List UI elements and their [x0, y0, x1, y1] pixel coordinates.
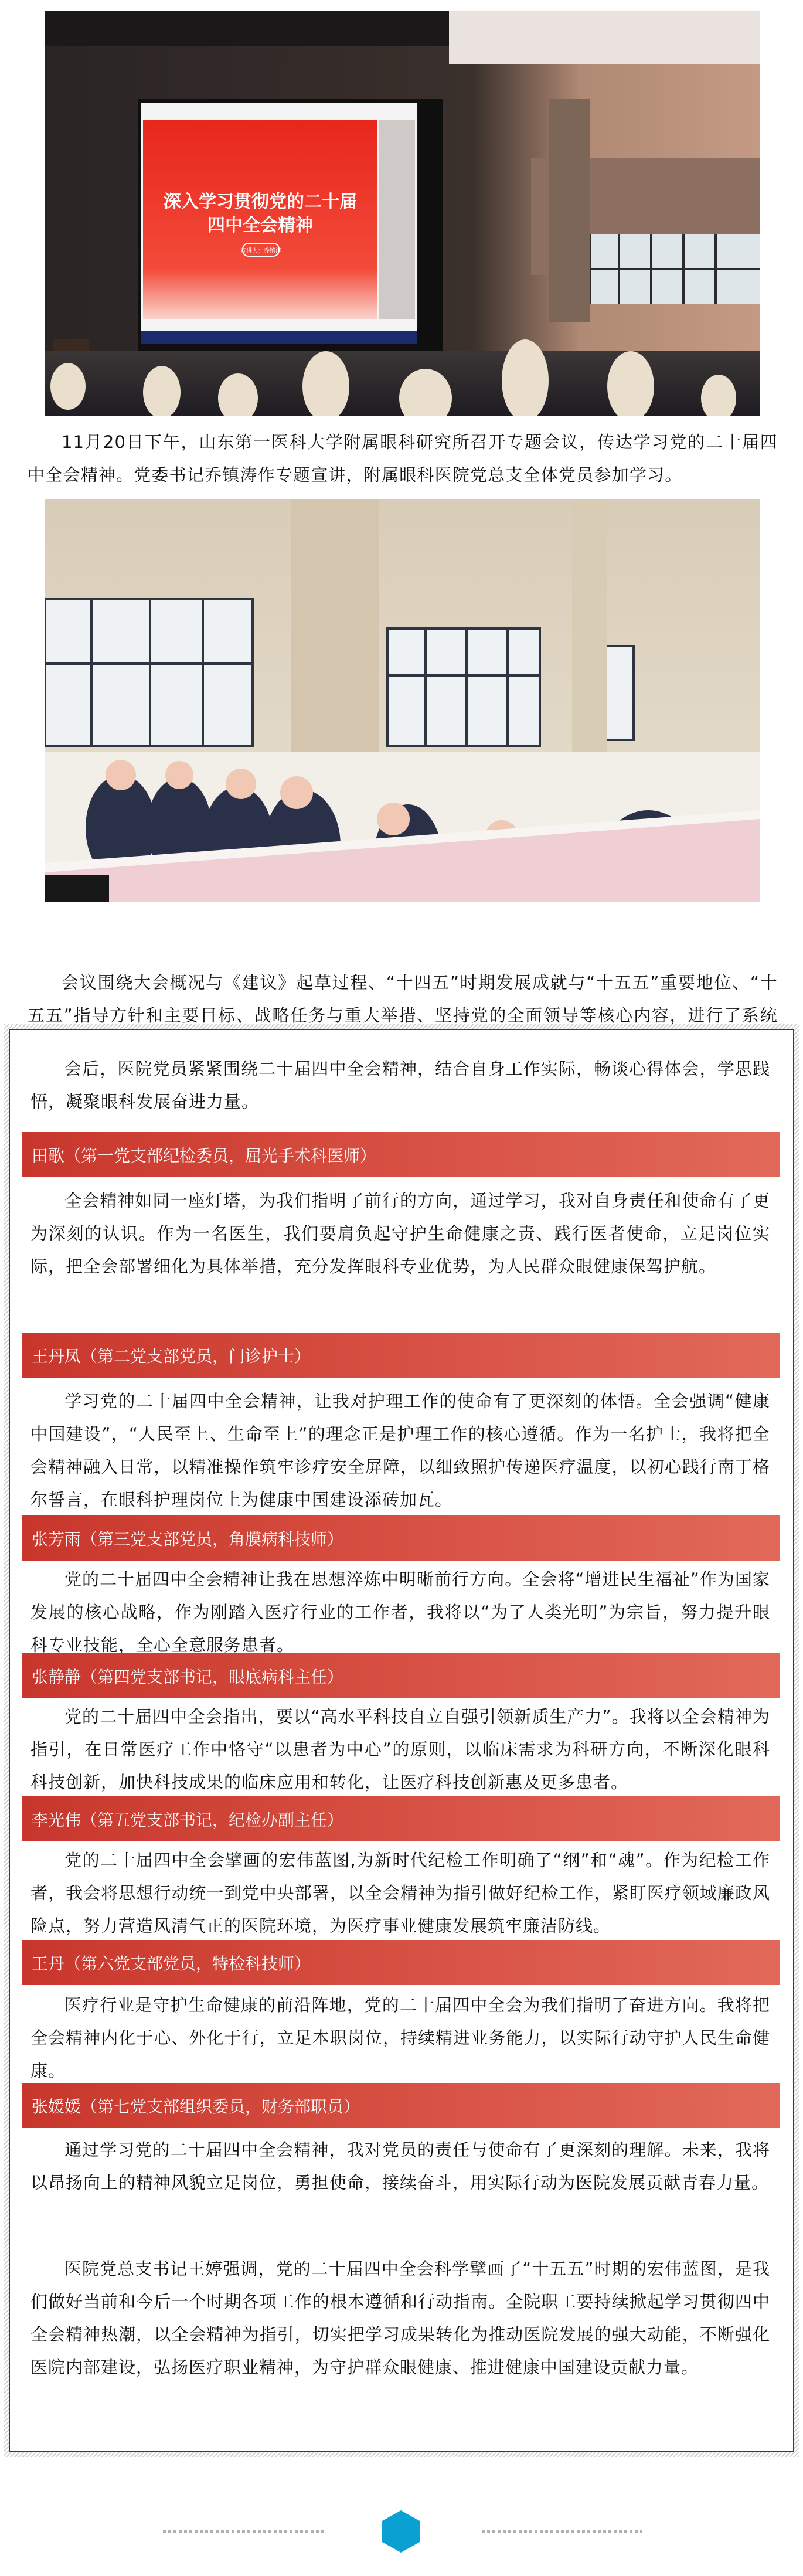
speaker-header-label: 张芳雨（第三党支部党员，角膜病科技师） — [32, 1527, 343, 1550]
speaker-text-6: 医疗行业是守护生命健康的前沿阵地，党的二十届四中全会为我们指明了奋进方向。我将把… — [30, 1989, 770, 2087]
intro-paragraph-meeting: 11月20日下午，山东第一医科大学附属眼科研究所召开专题会议，传达学习党的二十届… — [28, 426, 778, 491]
speaker-header-4: 张静静（第四党支部书记，眼底病科主任） — [22, 1653, 780, 1698]
speaker-header-7: 张媛媛（第七党支部组织委员，财务部职员） — [22, 2083, 780, 2128]
speaker-header-label: 张媛媛（第七党支部组织委员，财务部职员） — [32, 2094, 360, 2118]
hexagon-icon — [382, 2510, 420, 2553]
speaker-header-label: 张静静（第四党支部书记，眼底病科主任） — [32, 1664, 343, 1688]
svg-text:深入学习贯彻党的二十届: 深入学习贯彻党的二十届 — [164, 192, 357, 212]
speaker-text-2: 学习党的二十届四中全会精神，让我对护理工作的使命有了更深刻的体悟。全会强调“健康… — [30, 1385, 770, 1516]
meeting-hall-image: 深入学习贯彻党的二十届 四中全会精神 宣讲人：乔镇涛 — [45, 11, 760, 416]
speaker-header-5: 李光伟（第五党支部书记，纪检办副主任） — [22, 1796, 780, 1841]
speaker-header-2: 王丹凤（第二党支部党员，门诊护士） — [22, 1333, 780, 1378]
attendees-image — [45, 499, 760, 902]
speaker-text-5: 党的二十届四中全会擘画的宏伟蓝图,为新时代纪检工作明确了“纲”和“魂”。作为纪检… — [30, 1844, 770, 1942]
speaker-text-3: 党的二十届四中全会精神让我在思想淬炼中明晰前行方向。全会将“增进民生福祉”作为国… — [30, 1563, 770, 1661]
attendees-photo — [45, 499, 760, 902]
svg-text:四中全会精神: 四中全会精神 — [207, 215, 313, 236]
speaker-header-label: 田歌（第一党支部纪检委员，屈光手术科医师） — [32, 1143, 376, 1167]
speaker-text-4: 党的二十届四中全会指出，要以“高水平科技自立自强引领新质生产力”。我将以全会精神… — [30, 1700, 770, 1799]
speaker-header-label: 王丹（第六党支部党员，特检科技师） — [32, 1951, 311, 1975]
footer-divider — [0, 2510, 803, 2553]
speaker-header-label: 李光伟（第五党支部书记，纪检办副主任） — [32, 1807, 343, 1831]
meeting-hall-photo: 深入学习贯彻党的二十届 四中全会精神 宣讲人：乔镇涛 — [45, 11, 760, 416]
svg-text:宣讲人：乔镇涛: 宣讲人：乔镇涛 — [240, 247, 281, 254]
divider-dotted-line-left — [163, 2530, 324, 2533]
speaker-header-label: 王丹凤（第二党支部党员，门诊护士） — [32, 1344, 311, 1367]
reflections-lead-paragraph: 会后，医院党员紧紧围绕二十届四中全会精神，结合自身工作实际，畅谈心得体会，学思践… — [30, 1052, 770, 1118]
speaker-text-7: 通过学习党的二十届四中全会精神，我对党员的责任与使命有了更深刻的理解。未来，我将… — [30, 2133, 770, 2199]
speaker-header-6: 王丹（第六党支部党员，特检科技师） — [22, 1940, 780, 1985]
speaker-header-3: 张芳雨（第三党支部党员，角膜病科技师） — [22, 1515, 780, 1561]
speaker-text-1: 全会精神如同一座灯塔，为我们指明了前行的方向，通过学习，我对自身责任和使命有了更… — [30, 1184, 770, 1283]
speaker-header-1: 田歌（第一党支部纪检委员，屈光手术科医师） — [22, 1132, 780, 1177]
divider-dotted-line-right — [482, 2530, 642, 2533]
closing-paragraph: 医院党总支书记王婷强调，党的二十届四中全会科学擘画了“十五五”时期的宏伟蓝图，是… — [30, 2252, 770, 2384]
